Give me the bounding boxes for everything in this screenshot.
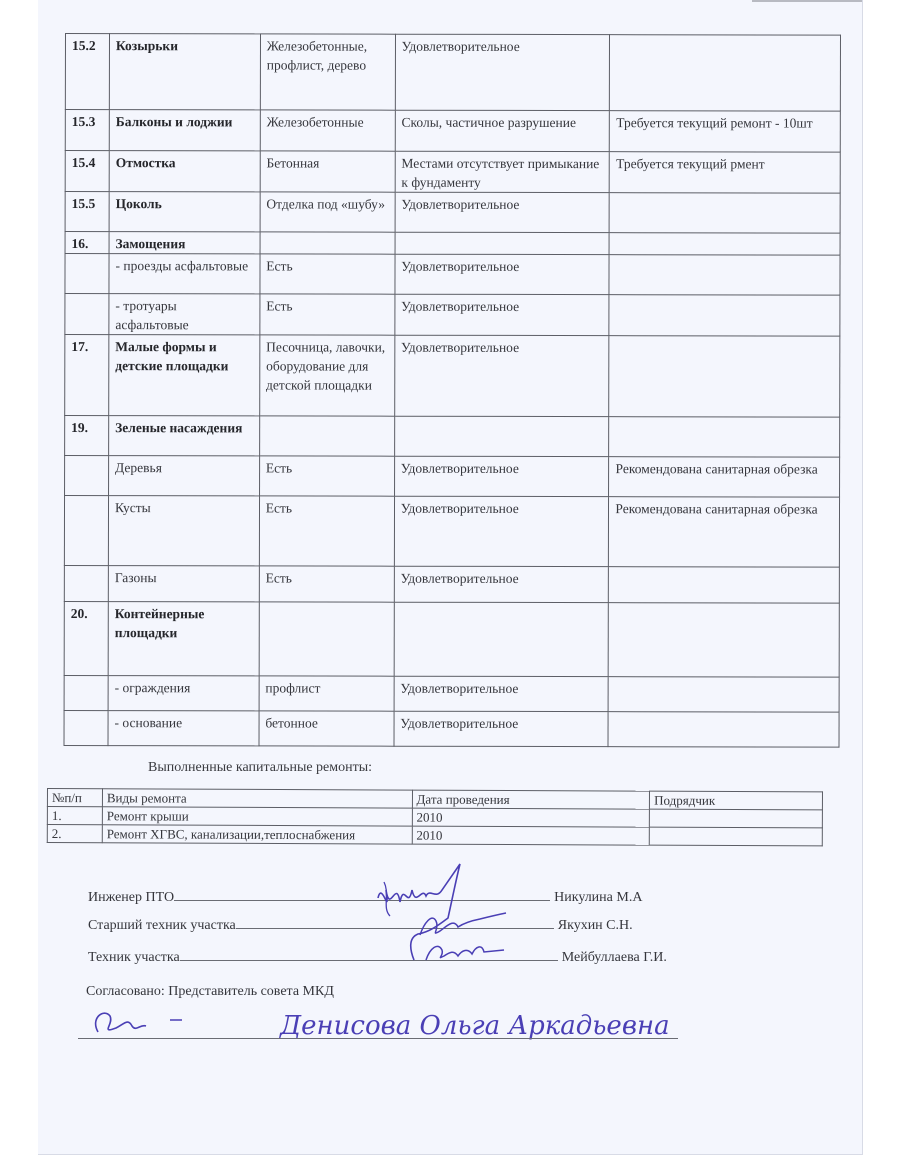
row-number: 17.: [65, 335, 109, 416]
condition: Удовлетворительное: [394, 711, 609, 746]
element-name: - основание: [108, 711, 259, 746]
element-name: Цоколь: [109, 192, 260, 232]
row-number: 15.3: [65, 110, 109, 151]
recommendation: [609, 336, 840, 417]
approval-label: Согласовано: Представитель совета МКД: [86, 984, 334, 1000]
material: Железобетонные: [260, 110, 395, 151]
row-number: 15.5: [65, 192, 109, 232]
material: Бетонная: [260, 151, 395, 192]
row-number: 20.: [64, 601, 108, 675]
material: Есть: [259, 496, 394, 566]
condition: Удовлетворительное: [394, 456, 609, 496]
material: Есть: [260, 254, 395, 294]
material: Железобетонные, профлист, дерево: [260, 34, 395, 110]
recommendation: [609, 417, 840, 457]
signature-name: Якухин С.Н.: [558, 918, 633, 933]
condition: Удовлетворительное: [395, 294, 610, 335]
header-date: Дата проведения: [412, 790, 650, 809]
condition: Сколы, частичное разрушение: [395, 110, 610, 151]
repair-number: 2.: [47, 825, 102, 843]
recommendation: Требуется текущий ремонт - 10шт: [610, 111, 841, 152]
table-row: 15.3Балконы и лоджииЖелезобетонныеСколы,…: [65, 110, 840, 153]
condition: Удовлетворительное: [394, 566, 609, 602]
table-row: ГазоныЕстьУдовлетворительное: [64, 565, 839, 603]
element-name: - ограждения: [108, 676, 259, 711]
condition: Удовлетворительное: [394, 496, 609, 566]
row-number: [65, 294, 109, 335]
inspection-table: 15.2КозырькиЖелезобетонные, профлист, де…: [64, 33, 841, 748]
header-contractor: Подрядчик: [650, 791, 823, 810]
signature-row-engineer: Инженер ПТОНикулина М.А: [88, 890, 642, 906]
material: [259, 416, 394, 456]
material: профлист: [259, 676, 394, 711]
recommendation: [608, 712, 839, 747]
element-name: Замощения: [109, 232, 260, 254]
material: Есть: [260, 294, 395, 335]
signature-row-senior-technician: Старший техник участкаЯкухин С.Н.: [88, 918, 633, 934]
material: Есть: [259, 456, 394, 496]
capital-repairs-caption: Выполненные капитальные ремонты:: [148, 760, 372, 776]
element-name: Отмостка: [109, 151, 260, 192]
recommendation: [610, 193, 841, 233]
repair-type: Ремонт ХГВС, канализации,теплоснабжения: [102, 825, 412, 844]
signature-line: [174, 899, 550, 901]
table-row: 15.5ЦокольОтделка под «шубу»Удовлетворит…: [65, 192, 840, 234]
table-row: КустыЕстьУдовлетворительноеРекомендована…: [64, 496, 839, 568]
row-number: [64, 565, 108, 601]
capital-repairs-table: №п/п Виды ремонта Дата проведения Подряд…: [47, 788, 823, 846]
material: бетонное: [259, 711, 394, 746]
table-row: ДеревьяЕстьУдовлетворительноеРекомендова…: [65, 456, 840, 498]
material: Отделка под «шубу»: [260, 192, 395, 232]
table-row: - основаниебетонноеУдовлетворительное: [64, 710, 839, 747]
repair-date: 2010: [412, 826, 650, 845]
repair-contractor: [649, 827, 822, 846]
signature-row-technician: Техник участкаМейбуллаева Г.И.: [88, 950, 667, 966]
recommendation: [609, 567, 840, 603]
element-name: Козырьки: [109, 34, 260, 110]
signature-name: Мейбуллаева Г.И.: [562, 950, 667, 965]
page-edge-shadow: [752, 0, 862, 2]
element-name: Деревья: [108, 456, 259, 496]
row-number: 15.2: [65, 34, 109, 110]
recommendation: [610, 35, 841, 111]
signature-role: Инженер ПТО: [88, 890, 174, 905]
table-row: - тротуары асфальтовыеЕстьУдовлетворител…: [65, 294, 840, 337]
row-number: 19.: [65, 416, 109, 456]
table-row: - огражденияпрофлистУдовлетворительное: [64, 675, 839, 712]
condition: Удовлетворительное: [395, 192, 610, 232]
row-number: [64, 710, 108, 745]
table-row: 15.2КозырькиЖелезобетонные, профлист, де…: [65, 34, 840, 112]
material: Есть: [259, 566, 394, 602]
approval-signature-line: [78, 1038, 678, 1039]
signature-line: [236, 927, 554, 929]
condition: [394, 602, 609, 676]
recommendation: [609, 677, 840, 712]
recommendation: [609, 233, 840, 255]
signature-line: [180, 959, 558, 961]
element-name: Зеленые насаждения: [109, 416, 260, 456]
row-number: [64, 675, 108, 710]
material: [259, 602, 394, 676]
recommendation: Рекомендована санитарная обрезка: [609, 497, 840, 567]
header-repair-type: Виды ремонта: [102, 789, 412, 808]
row-number: [64, 496, 108, 566]
repair-type: Ремонт крыши: [102, 807, 412, 826]
header-number: №п/п: [47, 789, 102, 807]
table-row: 17.Малые формы и детские площадкиПесочни…: [65, 335, 840, 418]
element-name: Балконы и лоджии: [109, 110, 260, 151]
table-row: 16.Замощения: [65, 232, 840, 256]
table-row: 20.Контейнерные площадки: [64, 601, 839, 677]
material: Песочница, лавочки, оборудование для дет…: [259, 335, 394, 416]
recommendation: Требуется текущий рмент: [610, 152, 841, 193]
row-number: 16.: [65, 232, 109, 254]
condition: Удовлетворительное: [394, 335, 609, 416]
row-number: [65, 254, 109, 294]
element-name: Контейнерные площадки: [108, 602, 259, 676]
signature-name: Никулина М.А: [554, 890, 642, 905]
repairs-row: 2. Ремонт ХГВС, канализации,теплоснабжен…: [47, 825, 822, 846]
element-name: - тротуары асфальтовые: [109, 294, 260, 335]
condition: Удовлетворительное: [394, 676, 609, 711]
repair-date: 2010: [412, 808, 650, 827]
element-name: - проезды асфальтовые: [109, 254, 260, 294]
condition: Удовлетворительное: [395, 34, 610, 110]
repair-contractor: [650, 809, 823, 828]
element-name: Малые формы и детские площадки: [109, 335, 260, 416]
condition: Удовлетворительное: [395, 254, 610, 294]
row-number: [65, 456, 109, 496]
recommendation: [609, 603, 840, 677]
signature-role: Техник участка: [88, 950, 180, 965]
repair-number: 1.: [47, 807, 102, 825]
row-number: 15.4: [65, 151, 109, 192]
condition: [395, 232, 610, 254]
recommendation: Рекомендована санитарная обрезка: [609, 457, 840, 497]
recommendation: [609, 255, 840, 295]
table-row: 19.Зеленые насаждения: [65, 416, 840, 458]
table-row: - проезды асфальтовыеЕстьУдовлетворитель…: [65, 254, 840, 296]
condition: Местами отсутствует примыкание к фундаме…: [395, 151, 610, 192]
signature-role: Старший техник участка: [88, 918, 236, 933]
material: [260, 232, 395, 254]
table-row: 15.4ОтмосткаБетоннаяМестами отсутствует …: [65, 151, 840, 194]
element-name: Газоны: [108, 566, 259, 602]
element-name: Кусты: [108, 496, 259, 566]
condition: [394, 416, 609, 456]
recommendation: [609, 295, 840, 336]
